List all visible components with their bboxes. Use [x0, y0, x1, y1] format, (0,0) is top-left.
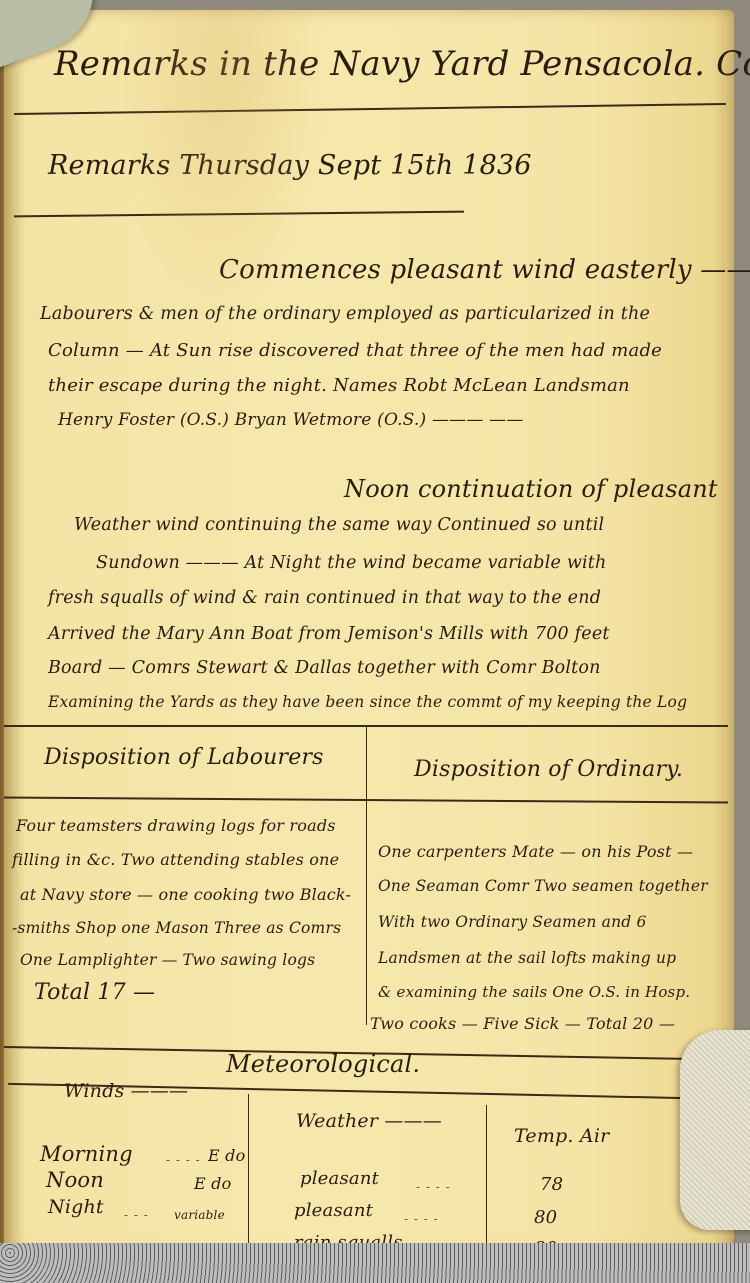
met-row-weather: pleasant	[294, 1200, 373, 1221]
met-row-period: Night	[48, 1196, 104, 1218]
remarks-morning-line: Column — At Sun rise discovered that thr…	[48, 340, 662, 361]
remarks-noon-line: Examining the Yards as they have been si…	[48, 693, 687, 711]
met-row-period: Morning	[40, 1142, 133, 1166]
ordinary-line: & examining the sails One O.S. in Hosp.	[378, 983, 690, 1001]
remarks-noon-lead: Noon continuation of pleasant	[344, 475, 718, 503]
labourers-line: Four teamsters drawing logs for roads	[16, 816, 336, 835]
date-rule	[14, 211, 464, 217]
labourers-heading: Disposition of Labourers	[44, 745, 324, 770]
met-row-temp: 80	[534, 1207, 557, 1228]
met-col-temp: Temp. Air	[514, 1125, 609, 1147]
remarks-noon-line: Weather wind continuing the same way Con…	[74, 515, 604, 535]
remarks-morning-lead: Commences pleasant wind easterly ——	[219, 255, 750, 285]
met-col-weather: Weather ———	[296, 1110, 442, 1132]
remarks-noon-line: fresh squalls of wind & rain continued i…	[48, 588, 601, 608]
labourers-line: filling in &c. Two attending stables one	[12, 850, 339, 869]
date-heading: Remarks Thursday Sept 15th 1836	[48, 150, 532, 181]
log-book-page: Remarks in the Navy Yard Pensacola. Com …	[4, 10, 734, 1265]
ordinary-line: Two cooks — Five Sick — Total 20 —	[370, 1014, 675, 1033]
labourers-line: One Lamplighter — Two sawing logs	[20, 951, 315, 969]
met-row-temp: 78	[540, 1174, 563, 1195]
met-col-winds: Winds ———	[64, 1080, 188, 1102]
remarks-morning-line: Henry Foster (O.S.) Bryan Wetmore (O.S.)…	[58, 410, 524, 430]
table-surface	[0, 1243, 750, 1283]
ordinary-line: Landsmen at the sail lofts making up	[378, 949, 676, 967]
met-row-weather: pleasant	[300, 1168, 379, 1189]
met-row-wind: E do	[208, 1146, 245, 1165]
disposition-divider	[366, 725, 367, 1025]
met-row-period: Noon	[46, 1168, 104, 1192]
ordinary-line: One carpenters Mate — on his Post —	[378, 842, 693, 861]
remarks-morning-line: Labourers & men of the ordinary employed…	[40, 304, 650, 324]
ordinary-line: One Seaman Comr Two seamen together	[378, 877, 708, 895]
remarks-morning-line: their escape during the night. Names Rob…	[48, 375, 630, 396]
met-row-leader: - - - -	[416, 1180, 451, 1194]
ordinary-heading: Disposition of Ordinary.	[414, 757, 683, 782]
header-rule	[14, 103, 726, 115]
met-row-wind: variable	[174, 1208, 225, 1222]
remarks-noon-line: Arrived the Mary Ann Boat from Jemison's…	[48, 624, 610, 644]
met-row-wind: E do	[194, 1174, 231, 1193]
remarks-noon-line: Sundown ——— At Night the wind became var…	[96, 553, 607, 573]
glove-cloth-right	[680, 1030, 750, 1230]
met-row-leader: - - -	[124, 1208, 149, 1222]
met-row-leader: - - - -	[404, 1212, 439, 1226]
ordinary-line: With two Ordinary Seamen and 6	[378, 913, 647, 931]
remarks-noon-line: Board — Comrs Stewart & Dallas together …	[48, 658, 601, 678]
meteorological-heading: Meteorological.	[226, 1050, 420, 1078]
labourers-total: Total 17 —	[34, 980, 155, 1005]
met-row-leader: - - - -	[166, 1153, 201, 1167]
page-header-title: Remarks in the Navy Yard Pensacola. Com	[54, 44, 750, 84]
labourers-line: -smiths Shop one Mason Three as Comrs	[12, 919, 341, 937]
labourers-line: at Navy store — one cooking two Black-	[20, 885, 351, 904]
